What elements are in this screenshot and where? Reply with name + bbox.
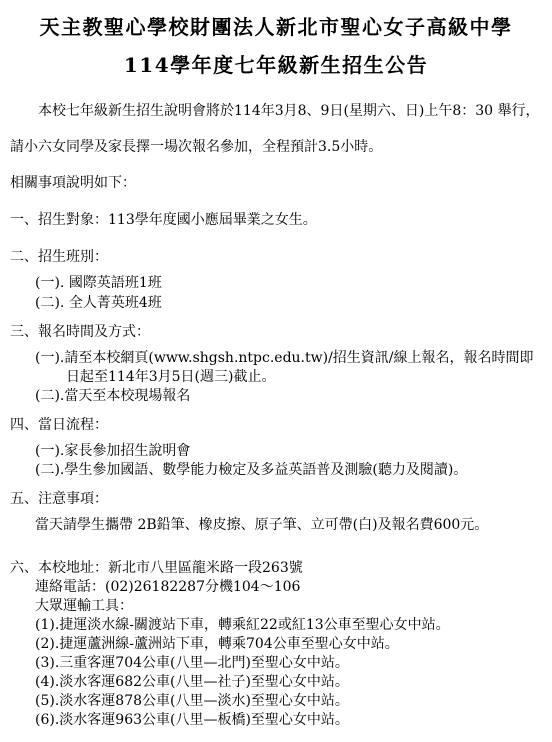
section-6-transit-route: (1).捷運淡水線-關渡站下車，轉乘紅22或紅13公車至聖心女中站。 [0, 616, 552, 635]
section-6-transit-label: 大眾運輸工具： [0, 597, 552, 616]
admission-notice-document: 天主教聖心學校財團法人新北市聖心女子高級中學 114學年度七年級新生招生公告 本… [0, 0, 552, 742]
section-3-item-continuation: 日起至114年3月5日(週三)截止。 [0, 368, 552, 387]
section-1-heading: 一、招生對象：113學年度國小應屆畢業之女生。 [0, 211, 552, 230]
section-3-item: (一).請至本校網頁(www.shgsh.ntpc.edu.tw)/招生資訊/線… [0, 349, 552, 368]
section-4-item: (二).學生參加國語、數學能力檢定及多益英語普及測驗(聽力及閱讀)。 [0, 461, 552, 480]
section-3-item: (二).當天至本校現場報名 [0, 387, 552, 406]
section-5-heading: 五、注意事項： [0, 490, 552, 509]
intro-line-2: 請小六女同學及家長擇一場次報名參加，全程預計3.5小時。 [0, 138, 552, 157]
section-3-heading: 三、報名時間及方式： [0, 323, 552, 342]
section-2-heading: 二、招生班別： [0, 248, 552, 267]
section-2-item: (一). 國際英語班1班 [0, 274, 552, 293]
document-title-line1: 天主教聖心學校財團法人新北市聖心女子高級中學 [0, 12, 552, 42]
section-6-heading: 六、本校地址：新北市八里區龍米路一段263號 [0, 559, 552, 578]
section-6-transit-route: (3).三重客運704公車(八里—北門)至聖心女中站。 [0, 654, 552, 673]
section-4-item: (一).家長參加招生說明會 [0, 442, 552, 461]
section-6-transit-route: (5).淡水客運878公車(八里—淡水)至聖心女中站。 [0, 692, 552, 711]
section-5-item: 當天請學生攜帶 2B鉛筆、橡皮擦、原子筆、立可帶(白)及報名費600元。 [0, 516, 552, 535]
section-4-heading: 四、當日流程： [0, 416, 552, 435]
section-2-item: (二). 全人菁英班4班 [0, 294, 552, 313]
document-title-line2: 114學年度七年級新生招生公告 [0, 50, 552, 80]
section-6-transit-route: (2).捷運蘆洲線-蘆洲站下車，轉乘704公車至聖心女中站。 [0, 635, 552, 654]
section-6-transit-route: (6).淡水客運963公車(八里—板橋)至聖心女中站。 [0, 711, 552, 730]
intro-line-1: 本校七年級新生招生說明會將於114年3月8、9日(星期六、日)上午8：30 舉行… [0, 102, 552, 121]
intro-line-3: 相關事項說明如下： [0, 174, 552, 193]
section-6-transit-route: (4).淡水客運682公車(八里—社子)至聖心女中站。 [0, 673, 552, 692]
section-6-phone-line: 連絡電話：(02)26182287分機104～106 [0, 578, 552, 597]
